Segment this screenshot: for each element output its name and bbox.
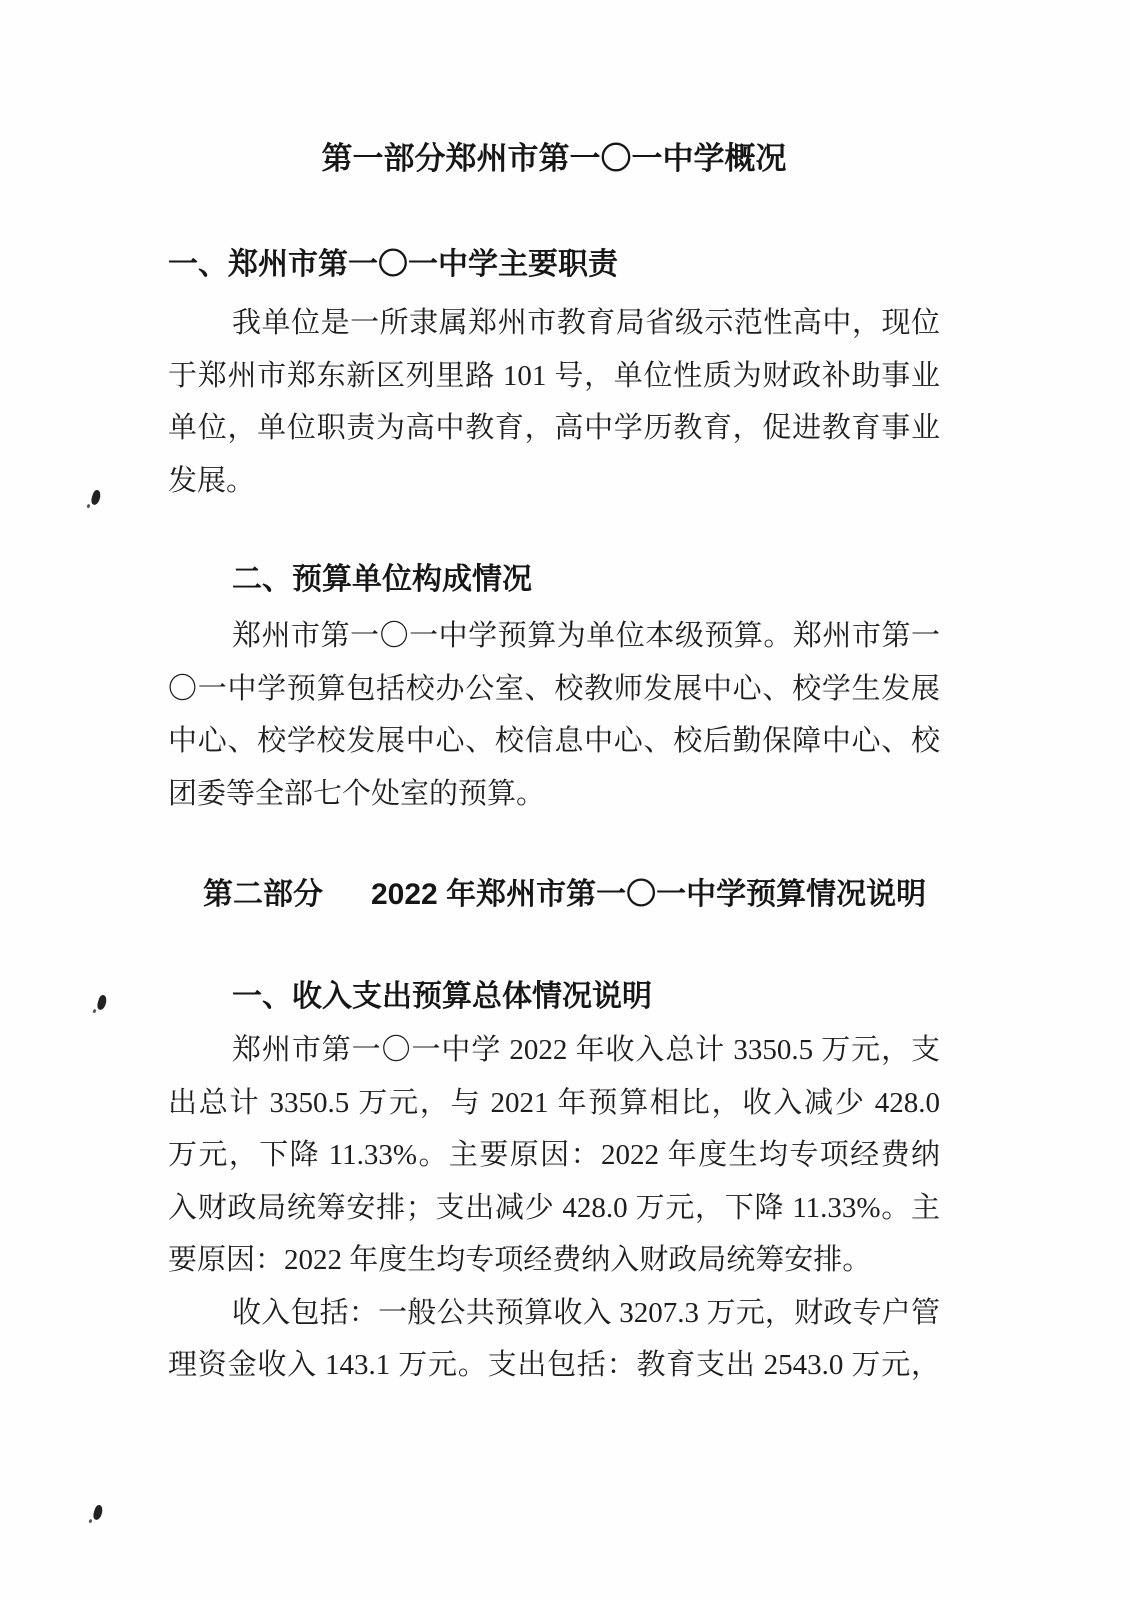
body-line: 收入包括：一般公共预算收入 3207.3 万元，财政专户管 — [168, 1287, 940, 1340]
part2-section1-paragraphs: 郑州市第一〇一中学 2022 年收入总计 3350.5 万元，支 出总计 335… — [168, 1024, 940, 1392]
body-line: 要原因：2022 年度生均专项经费纳入财政局统筹安排。 — [168, 1234, 940, 1287]
body-line: 〇一中学预算包括校办公室、校教师发展中心、校学生发展 — [168, 663, 940, 716]
body-line: 我单位是一所隶属郑州市教育局省级示范性高中，现位 — [168, 297, 940, 350]
part1-section1-paragraph: 我单位是一所隶属郑州市教育局省级示范性高中，现位 于郑州市郑东新区列里路 101… — [168, 297, 940, 507]
part2-title-text: 2022 年郑州市第一〇一中学预算情况说明 — [371, 878, 926, 911]
body-line: 于郑州市郑东新区列里路 101 号，单位性质为财政补助事业 — [168, 350, 940, 403]
ink-speck — [96, 994, 108, 1011]
body-line: 发展。 — [168, 455, 940, 508]
body-line: 出总计 3350.5 万元，与 2021 年预算相比，收入减少 428.0 — [168, 1077, 940, 1130]
part2-title: 第二部分2022 年郑州市第一〇一中学预算情况说明 — [203, 873, 926, 917]
ink-speck — [92, 1504, 104, 1521]
body-line: 团委等全部七个处室的预算。 — [168, 768, 940, 821]
body-line: 中心、校学校发展中心、校信息中心、校后勤保障中心、校 — [168, 715, 940, 768]
body-line: 入财政局统筹安排；支出减少 428.0 万元，下降 11.33%。主 — [168, 1182, 940, 1235]
body-line: 万元，下降 11.33%。主要原因：2022 年度生均专项经费纳 — [168, 1129, 940, 1182]
part1-section2-paragraph: 郑州市第一〇一中学预算为单位本级预算。郑州市第一 〇一中学预算包括校办公室、校教… — [168, 610, 940, 820]
part2-section1-heading: 一、收入支出预算总体情况说明 — [232, 977, 652, 1017]
body-line: 理资金收入 143.1 万元。支出包括：教育支出 2543.0 万元， — [168, 1339, 940, 1392]
part1-section2-heading: 二、预算单位构成情况 — [232, 560, 532, 600]
scanned-document-page: 第一部分郑州市第一〇一中学概况 一、郑州市第一〇一中学主要职责 我单位是一所隶属… — [0, 0, 1130, 1600]
body-line: 单位，单位职责为高中教育，高中学历教育，促进教育事业 — [168, 402, 940, 455]
body-line: 郑州市第一〇一中学 2022 年收入总计 3350.5 万元，支 — [168, 1024, 940, 1077]
part1-section1-heading: 一、郑州市第一〇一中学主要职责 — [168, 245, 618, 285]
part2-title-label: 第二部分 — [203, 878, 323, 911]
body-line: 郑州市第一〇一中学预算为单位本级预算。郑州市第一 — [168, 610, 940, 663]
part1-title: 第一部分郑州市第一〇一中学概况 — [168, 137, 940, 181]
ink-speck — [90, 489, 102, 506]
